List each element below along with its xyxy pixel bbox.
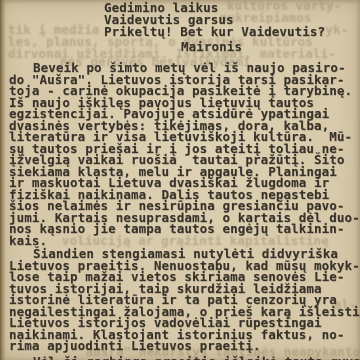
epigraph-attribution: Maironis	[181, 41, 325, 53]
text-line: kais.	[9, 235, 360, 247]
text-line: Prikeltų! Bet kur Vaidevutis?	[104, 26, 325, 38]
text-line: nos kąsnio jie tampa tautos engėjų talki…	[9, 223, 360, 235]
scanned-document-page: kultūros varty-nukreipiamostik į medžiav…	[0, 0, 360, 360]
paragraph-1: Beveik po šimto metų vėl iš naujo pasiro…	[9, 62, 360, 246]
epigraph-quote: Gedimino laikusVaidevutis garsusPrikeltų…	[104, 2, 325, 53]
epigraph-lines: Gedimino laikusVaidevutis garsusPrikeltų…	[104, 2, 325, 38]
bleedthrough-fragment: tik į medžia	[8, 24, 100, 36]
paragraph-2: Šiandien stengiamasi nutylėti didvyriška…	[9, 248, 360, 352]
partial-bottom-text-line: Vėl ši garbinga praeitis išlaikė tautą g…	[9, 356, 360, 360]
